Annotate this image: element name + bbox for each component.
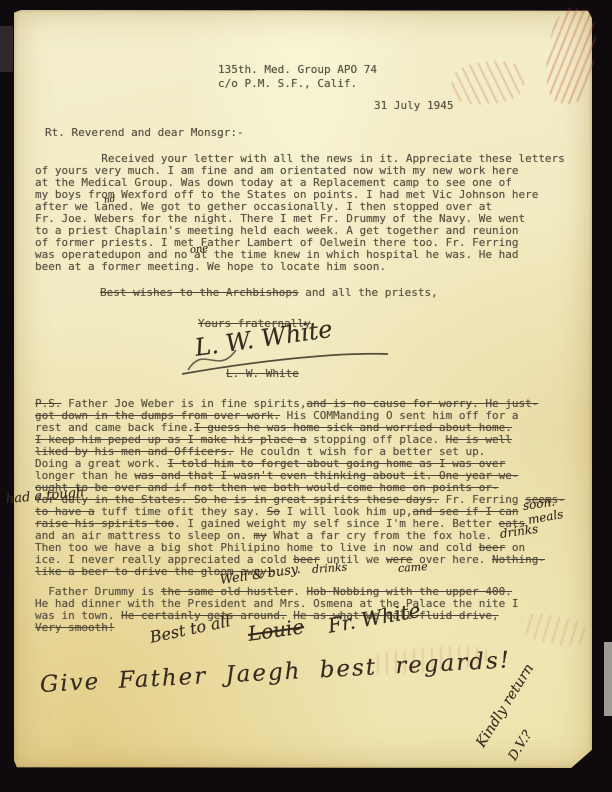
typed-line: been at a former meeting. We hope to loc… xyxy=(35,261,565,273)
handwritten-insert-one: one xyxy=(189,243,208,256)
letter-address-line: c/o P.M. S.F., Calif. xyxy=(218,78,357,90)
typed-text: and all the priests, xyxy=(299,286,438,299)
typed-line: Best wishes to the Archbishops and all t… xyxy=(100,287,438,299)
typed-text: been at a former meeting. We hope to loc… xyxy=(35,260,386,273)
letter-postscript: P.S. Father Joe Weber is in fine spirits… xyxy=(35,398,565,578)
handwritten-came: came xyxy=(398,560,429,575)
letter-content: 135th. Med. Group APO 74 c/o P.M. S.F., … xyxy=(0,0,612,792)
handwritten-drinks-2: drinks xyxy=(312,561,348,576)
letter-paragraph-1: Received your letter with all the news i… xyxy=(35,153,565,273)
struck-text: Nothing- xyxy=(492,553,545,566)
handwritten-dv: D.V.? xyxy=(506,728,536,763)
struck-text: Very smooth! xyxy=(35,621,114,634)
red-pencil-mark-near-date xyxy=(450,58,526,107)
handwritten-insert-nd: nd xyxy=(103,194,116,206)
letter-date: 31 July 1945 xyxy=(374,100,453,112)
letter-unit-line: 135th. Med. Group APO 74 xyxy=(218,64,377,76)
struck-text: Best wishes to the Archbishops xyxy=(100,286,299,299)
letter-wishes-line: Best wishes to the Archbishops and all t… xyxy=(100,287,438,299)
red-pencil-mark-right xyxy=(518,609,590,651)
red-pencil-mark-top-corner xyxy=(542,5,601,106)
letter-salutation: Rt. Reverend and dear Monsgr:- xyxy=(45,127,244,139)
handwritten-give-regards: Give Father Jaegh best regards! xyxy=(39,647,511,698)
